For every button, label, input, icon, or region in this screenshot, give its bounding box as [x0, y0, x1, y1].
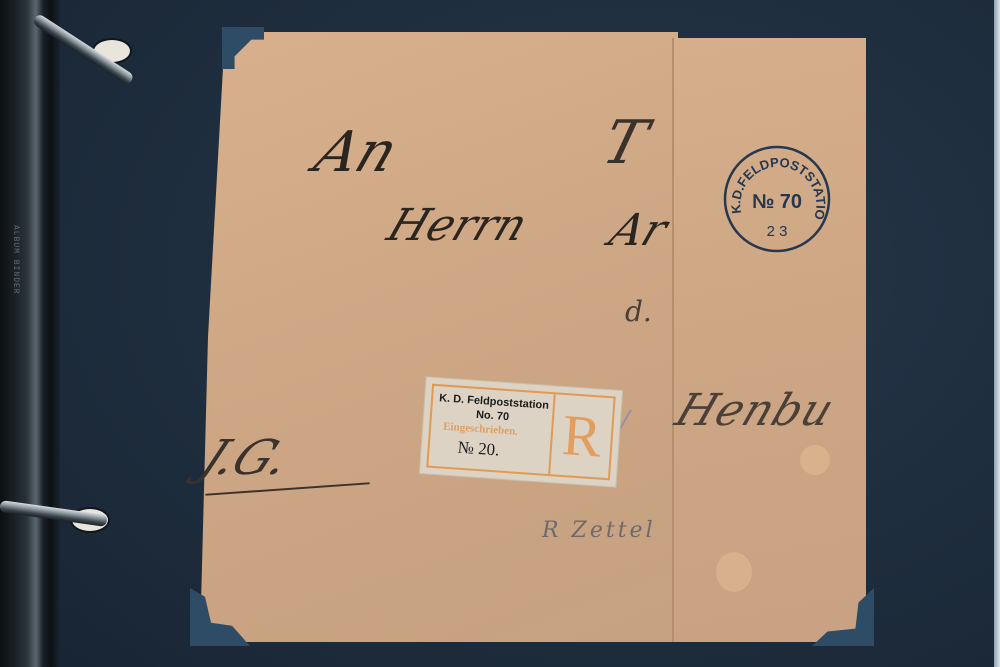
postmark-icon: K.D.FELDPOSTSTATION № 70 2 3: [722, 144, 832, 254]
registration-letter: R: [561, 406, 604, 467]
handwriting-fragment-3: d.: [625, 295, 652, 328]
registration-label-text-area: K. D. Feldpoststation No. 70 Eingeschrie…: [428, 386, 555, 474]
stain: [716, 552, 752, 592]
postal-cover-front: [200, 32, 678, 642]
stain: [800, 445, 830, 475]
pencil-note: R Zettel: [542, 518, 656, 543]
handwriting-recipient-prefix: Herrn: [381, 200, 534, 251]
binder-spine: ALBUM BINDER: [0, 0, 60, 667]
label-office: K. D. Feldpoststation: [439, 392, 550, 412]
handwriting-city: Henbu: [669, 385, 842, 436]
registration-label-border: K. D. Feldpoststation No. 70 Eingeschrie…: [426, 384, 615, 481]
registration-letter-box: R: [550, 394, 613, 478]
postmark-number: № 70: [752, 191, 802, 213]
postmark-date: 2 3: [767, 223, 788, 240]
postal-cover-flap: [672, 38, 866, 642]
label-registered: Eingeschrieben.: [443, 421, 519, 438]
registration-label: K. D. Feldpoststation No. 70 Eingeschrie…: [420, 377, 622, 486]
label-item-number: № 20.: [457, 438, 500, 461]
label-station-number: No. 70: [476, 409, 510, 423]
page-edge: [994, 0, 1000, 667]
spine-text: ALBUM BINDER: [8, 225, 20, 365]
circular-postmark: K.D.FELDPOSTSTATION № 70 2 3: [722, 144, 832, 254]
